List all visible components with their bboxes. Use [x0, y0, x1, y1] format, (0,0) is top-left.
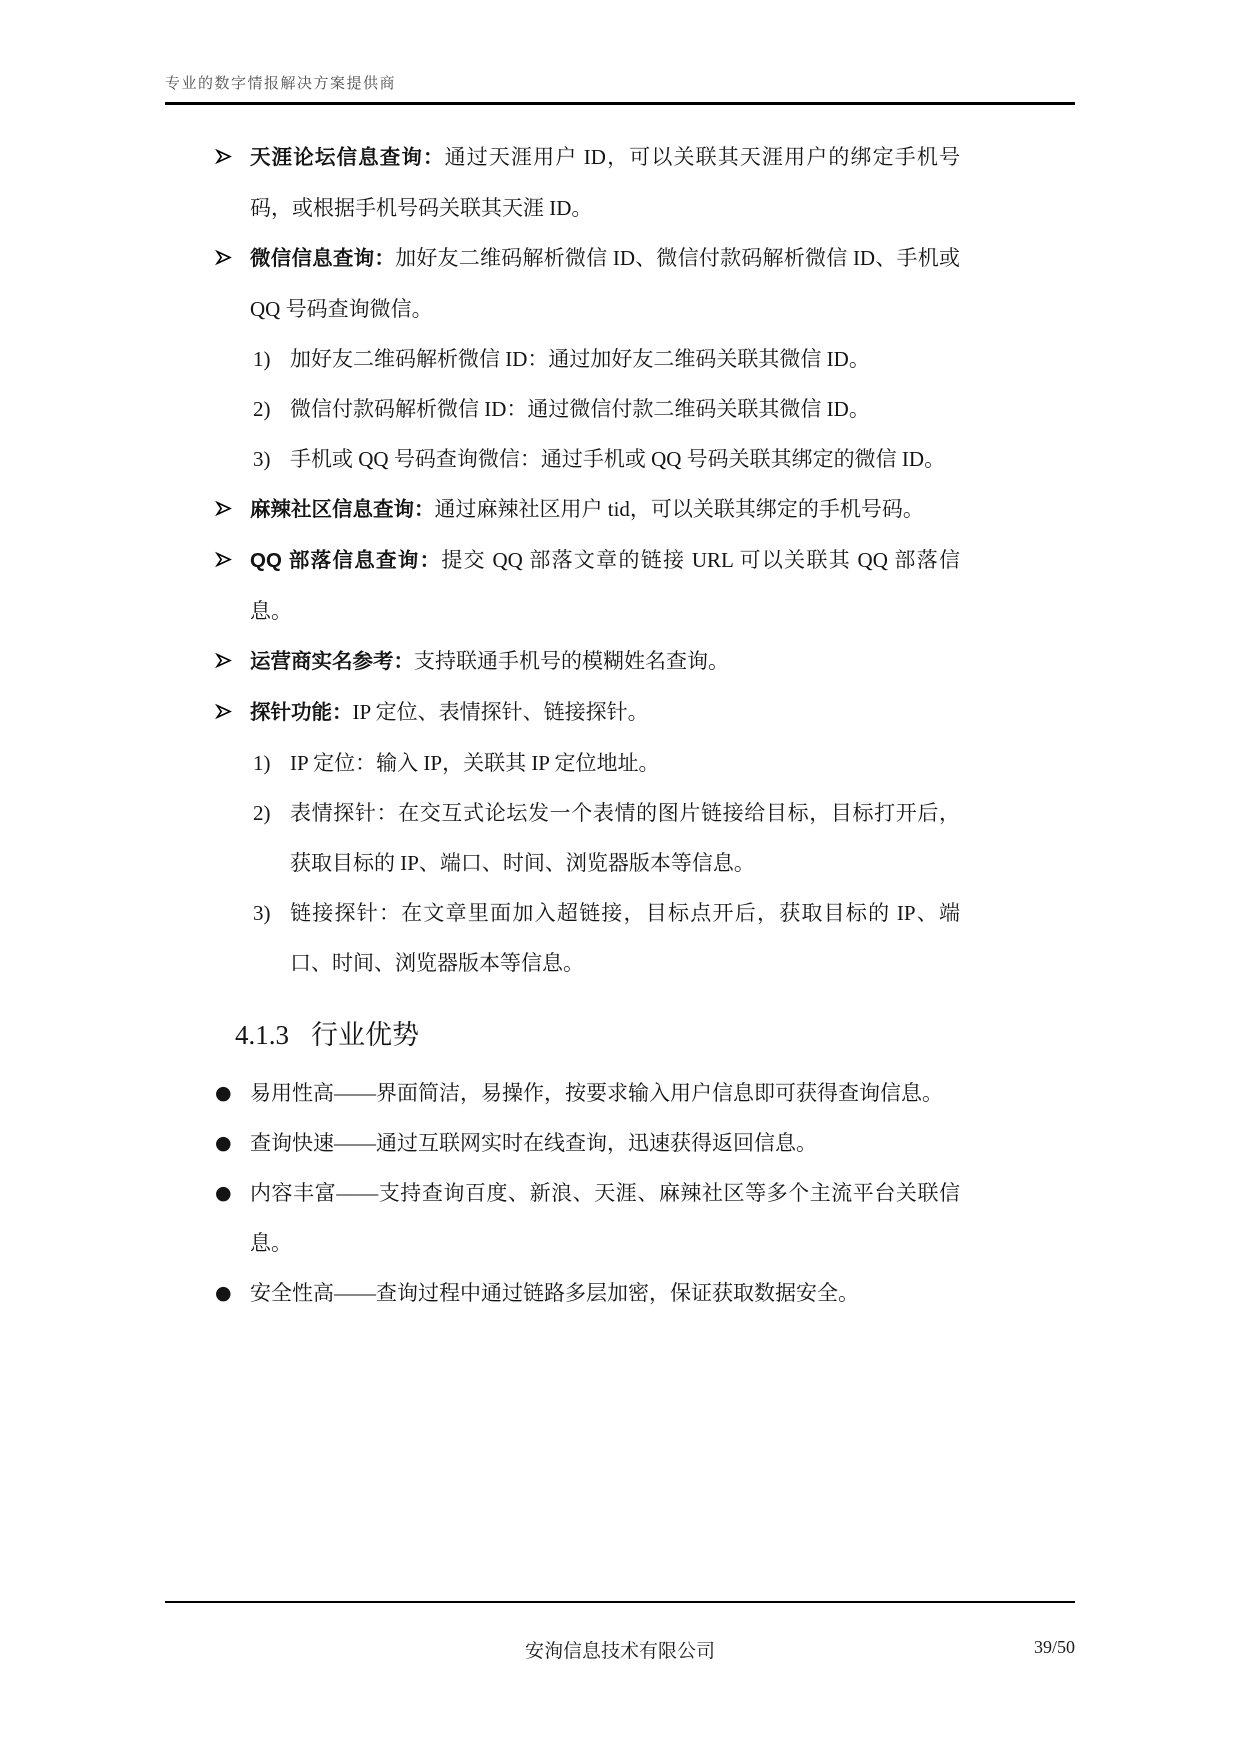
dot-bullet-icon: ● — [215, 1118, 250, 1168]
arrow-bullet-icon — [215, 484, 250, 535]
subitem-text: 链接探针：在文章里面加入超链接，目标点开后，获取目标的 IP、端口、时间、浏览器… — [290, 888, 960, 988]
feature-desc: 支持联通手机号的模糊姓名查询。 — [414, 649, 729, 673]
subitem-number: 3) — [253, 888, 290, 988]
dot-bullet-icon: ● — [215, 1068, 250, 1118]
advantage-text: 查询快速——通过互联网实时在线查询，迅速获得返回信息。 — [250, 1118, 960, 1168]
feature-title: 麻辣社区信息查询： — [250, 498, 435, 521]
feature-item: 探针功能：IP 定位、表情探针、链接探针。 — [215, 687, 960, 738]
feature-text: 天涯论坛信息查询：通过天涯用户 ID，可以关联其天涯用户的绑定手机号码，或根据手… — [250, 132, 960, 233]
feature-subitem: 1)IP 定位：输入 IP，关联其 IP 定位地址。 — [253, 738, 960, 788]
footer-divider — [165, 1601, 1075, 1603]
feature-title: 微信信息查询： — [250, 247, 395, 270]
page-header: 专业的数字情报解决方案提供商 — [165, 72, 1075, 105]
footer-page-number: 39/50 — [1034, 1637, 1075, 1658]
advantage-item: ●内容丰富——支持查询百度、新浪、天涯、麻辣社区等多个主流平台关联信息。 — [215, 1168, 960, 1268]
subitem-number: 1) — [253, 738, 290, 788]
header-tagline: 专业的数字情报解决方案提供商 — [165, 76, 396, 92]
advantage-text: 安全性高——查询过程中通过链路多层加密，保证获取数据安全。 — [250, 1268, 960, 1318]
advantage-item: ●查询快速——通过互联网实时在线查询，迅速获得返回信息。 — [215, 1118, 960, 1168]
document-page: 专业的数字情报解决方案提供商 天涯论坛信息查询：通过天涯用户 ID，可以关联其天… — [0, 0, 1240, 1754]
page-footer: 安洵信息技术有限公司 39/50 — [165, 1636, 1075, 1663]
section-title: 行业优势 — [311, 1020, 419, 1050]
feature-title: 探针功能： — [250, 701, 353, 724]
feature-text: 微信信息查询：加好友二维码解析微信 ID、微信付款码解析微信 ID、手机或 QQ… — [250, 233, 960, 334]
advantage-text: 内容丰富——支持查询百度、新浪、天涯、麻辣社区等多个主流平台关联信息。 — [250, 1168, 960, 1268]
feature-item: 天涯论坛信息查询：通过天涯用户 ID，可以关联其天涯用户的绑定手机号码，或根据手… — [215, 132, 960, 233]
feature-text: 运营商实名参考：支持联通手机号的模糊姓名查询。 — [250, 636, 960, 687]
feature-subitem: 3)手机或 QQ 号码查询微信：通过手机或 QQ 号码关联其绑定的微信 ID。 — [253, 434, 960, 484]
subitem-number: 1) — [253, 334, 290, 384]
subitem-number: 3) — [253, 434, 290, 484]
advantage-item: ●易用性高——界面简洁，易操作，按要求输入用户信息即可获得查询信息。 — [215, 1068, 960, 1118]
arrow-bullet-icon — [215, 233, 250, 334]
feature-list: 天涯论坛信息查询：通过天涯用户 ID，可以关联其天涯用户的绑定手机号码，或根据手… — [215, 132, 960, 988]
feature-title: 运营商实名参考： — [250, 650, 414, 673]
subitem-number: 2) — [253, 384, 290, 434]
advantage-item: ●安全性高——查询过程中通过链路多层加密，保证获取数据安全。 — [215, 1268, 960, 1318]
feature-subitem: 3)链接探针：在文章里面加入超链接，目标点开后，获取目标的 IP、端口、时间、浏… — [253, 888, 960, 988]
feature-subitem: 1)加好友二维码解析微信 ID：通过加好友二维码关联其微信 ID。 — [253, 334, 960, 384]
advantage-list: ●易用性高——界面简洁，易操作，按要求输入用户信息即可获得查询信息。●查询快速—… — [215, 1068, 960, 1318]
subitem-number: 2) — [253, 788, 290, 888]
subitem-text: 微信付款码解析微信 ID：通过微信付款二维码关联其微信 ID。 — [290, 384, 960, 434]
feature-title: QQ 部落信息查询： — [250, 549, 441, 572]
dot-bullet-icon: ● — [215, 1168, 250, 1268]
arrow-bullet-icon — [215, 535, 250, 636]
arrow-bullet-icon — [215, 687, 250, 738]
feature-text: 麻辣社区信息查询：通过麻辣社区用户 tid，可以关联其绑定的手机号码。 — [250, 484, 960, 535]
section-heading: 4.1.3行业优势 — [235, 1014, 960, 1056]
feature-desc: IP 定位、表情探针、链接探针。 — [353, 700, 649, 724]
subitem-text: 表情探针：在交互式论坛发一个表情的图片链接给目标，目标打开后，获取目标的 IP、… — [290, 788, 960, 888]
subitem-text: 手机或 QQ 号码查询微信：通过手机或 QQ 号码关联其绑定的微信 ID。 — [290, 434, 960, 484]
feature-subitem: 2)微信付款码解析微信 ID：通过微信付款二维码关联其微信 ID。 — [253, 384, 960, 434]
dot-bullet-icon: ● — [215, 1268, 250, 1318]
advantage-text: 易用性高——界面简洁，易操作，按要求输入用户信息即可获得查询信息。 — [250, 1068, 960, 1118]
feature-item: 微信信息查询：加好友二维码解析微信 ID、微信付款码解析微信 ID、手机或 QQ… — [215, 233, 960, 334]
feature-desc: 通过麻辣社区用户 tid，可以关联其绑定的手机号码。 — [435, 497, 924, 521]
arrow-bullet-icon — [215, 636, 250, 687]
arrow-bullet-icon — [215, 132, 250, 233]
page-body: 天涯论坛信息查询：通过天涯用户 ID，可以关联其天涯用户的绑定手机号码，或根据手… — [215, 132, 960, 1318]
footer-company: 安洵信息技术有限公司 — [525, 1641, 715, 1662]
section-number: 4.1.3 — [235, 1020, 289, 1050]
feature-item: 运营商实名参考：支持联通手机号的模糊姓名查询。 — [215, 636, 960, 687]
feature-title: 天涯论坛信息查询： — [250, 146, 445, 169]
feature-item: QQ 部落信息查询：提交 QQ 部落文章的链接 URL 可以关联其 QQ 部落信… — [215, 535, 960, 636]
feature-text: QQ 部落信息查询：提交 QQ 部落文章的链接 URL 可以关联其 QQ 部落信… — [250, 535, 960, 636]
subitem-text: 加好友二维码解析微信 ID：通过加好友二维码关联其微信 ID。 — [290, 334, 960, 384]
feature-subitem: 2)表情探针：在交互式论坛发一个表情的图片链接给目标，目标打开后，获取目标的 I… — [253, 788, 960, 888]
subitem-text: IP 定位：输入 IP，关联其 IP 定位地址。 — [290, 738, 960, 788]
feature-text: 探针功能：IP 定位、表情探针、链接探针。 — [250, 687, 960, 738]
feature-item: 麻辣社区信息查询：通过麻辣社区用户 tid，可以关联其绑定的手机号码。 — [215, 484, 960, 535]
